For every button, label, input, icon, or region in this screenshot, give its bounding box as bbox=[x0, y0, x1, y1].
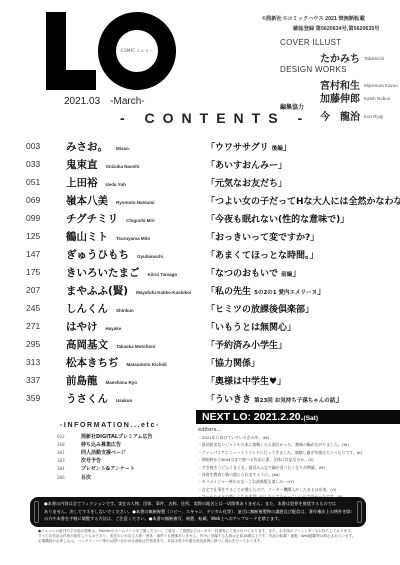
notice-side-tab-left bbox=[34, 501, 39, 523]
toc-entry[interactable]: 003みさお。Misao.「ウワササグリ 後編」 bbox=[26, 137, 396, 155]
toc-author: 松本きちぢ bbox=[66, 355, 119, 370]
editor-notes: editors... ・2021年に向けていろいろ企み中。(W) ・最初読まない… bbox=[198, 427, 398, 501]
information-section: -INFORMATION...etc- 002茜新社DIGITALプレミアム広告… bbox=[55, 422, 195, 481]
fine-print-line: 定期購読のお申し込み、バックナンバー等のお問い合わせは茜新社営業部まで。本誌は青… bbox=[38, 539, 368, 544]
notice-line: ありません。決してマネをしないでください。●本書の無断複製（コピー、スキャン、デ… bbox=[44, 508, 352, 516]
editor-notes-heading: editors... bbox=[198, 427, 398, 433]
info-item[interactable]: 368持ち込み募集広告 bbox=[55, 440, 195, 448]
toc-page-number: 003 bbox=[26, 141, 66, 151]
toc-entry[interactable]: 359うさくんUsakun「ういきき 第23回 お気持ち子孫ちゃんの話」 bbox=[26, 389, 396, 407]
next-issue-banner: NEXT LO: 2021.2.20.(Sat) bbox=[196, 410, 400, 424]
toc-page-number: 245 bbox=[26, 303, 66, 313]
toc-story-title: 「ヒミツの放課後倶楽部」 bbox=[206, 302, 314, 315]
toc-author-romaji: Ueda Yuh bbox=[106, 182, 126, 187]
notice-side-tab-right bbox=[357, 501, 362, 523]
toc-author: 鬼束直 bbox=[66, 157, 98, 172]
toc-page-number: 069 bbox=[26, 195, 66, 205]
toc-page-number: 099 bbox=[26, 213, 66, 223]
table-of-contents: 003みさお。Misao.「ウワササグリ 後編」 033鬼束直Onizuka N… bbox=[26, 137, 396, 407]
toc-author-romaji: Shinkun bbox=[116, 308, 134, 313]
toc-page-number: 175 bbox=[26, 267, 66, 277]
info-item[interactable]: 381同人活動支援ページ bbox=[55, 448, 195, 456]
toc-entry[interactable]: 337前島龍Maeshima Ryo「奥様は中学生♥」 bbox=[26, 371, 396, 389]
toc-author-romaji: Chiguchi Miri bbox=[126, 218, 155, 223]
toc-author: きいろいたまご bbox=[66, 265, 140, 280]
toc-story-title: 「ウワササグリ 後編」 bbox=[206, 140, 292, 153]
info-item[interactable]: 002茜新社DIGITALプレミアム広告 bbox=[55, 432, 195, 440]
info-item[interactable]: 383次号予告 bbox=[55, 457, 195, 465]
toc-story-title: 「いもうとは無関心」 bbox=[206, 320, 296, 333]
toc-entry[interactable]: 033鬼束直Onizuka Naoshi「あいすおんみー」 bbox=[26, 155, 396, 173]
toc-author-romaji: Hayake bbox=[106, 326, 122, 331]
toc-entry[interactable]: 313松本きちぢMatsumoto Kichidi「協力関係」 bbox=[26, 353, 396, 371]
toc-author-romaji: Maeshima Ryo bbox=[106, 380, 138, 385]
cover-artist-name: たかみち bbox=[320, 50, 360, 65]
design-works-label: DESIGN WORKS bbox=[280, 65, 347, 74]
copyright-line-2: 雑誌登録 第5620634号,第5620635号 bbox=[293, 24, 380, 32]
toc-author: しんくん bbox=[66, 301, 108, 316]
toc-author-romaji: Matsumoto Kichidi bbox=[127, 362, 167, 367]
toc-entry[interactable]: 271はやけHayake「いもうとは無関心」 bbox=[26, 317, 396, 335]
next-issue-day: (Sat) bbox=[304, 415, 318, 422]
toc-story-title: 「ういきき 第23回 お気持ち子孫ちゃんの話」 bbox=[206, 392, 344, 405]
toc-entry[interactable]: 295高岡基文Takaoka Motofumi「予約済み小学生」 bbox=[26, 335, 396, 353]
toc-page-number: 313 bbox=[26, 357, 66, 367]
toc-author: みさお。 bbox=[66, 139, 108, 154]
toc-page-number: 295 bbox=[26, 339, 66, 349]
toc-story-title: 「あまくてほっとな時間。」 bbox=[206, 248, 319, 261]
info-item[interactable]: 384プレゼント&アンケート bbox=[55, 465, 195, 473]
toc-page-number: 207 bbox=[26, 285, 66, 295]
toc-author: ぎゅうひもち bbox=[66, 247, 129, 262]
copyright-line-1: ©茜新社 ©コミックハウス 2021 禁無断転載 bbox=[262, 14, 365, 22]
issue-date: 2021.03-March- bbox=[64, 96, 145, 107]
contents-heading: - CONTENTS - bbox=[120, 110, 310, 126]
toc-author-romaji: Takaoka Motofumi bbox=[116, 344, 155, 349]
toc-author: 前島龍 bbox=[66, 373, 98, 388]
editorial-name: 今 龍治 bbox=[320, 108, 360, 123]
toc-entry[interactable]: 125鶴山ミトTsuruyama Mito「おっきいって変ですか?」 bbox=[26, 227, 396, 245]
toc-author-romaji: Kiiroi Tamago bbox=[148, 272, 178, 277]
toc-author: 鶴山ミト bbox=[66, 229, 108, 244]
toc-author-romaji: Usakun bbox=[116, 398, 132, 403]
toc-author: うさくん bbox=[66, 391, 108, 406]
designer-2-name: 加藤伸郎 bbox=[320, 90, 360, 105]
toc-page-number: 125 bbox=[26, 231, 66, 241]
toc-author: 上田裕 bbox=[66, 175, 98, 190]
toc-entry[interactable]: 069嶺本八美Ryomoto Hatsumi「つよい女の子だってHな大人には全然… bbox=[26, 191, 396, 209]
editor-note: ・2021年に向けていろいろ企み中。(W) bbox=[198, 434, 398, 441]
toc-entry[interactable]: 099チグチミリChiguchi Miri「今夜も眠れない(性的な意味で)」 bbox=[26, 209, 396, 227]
toc-author: 嶺本八美 bbox=[66, 193, 108, 208]
toc-story-title: 「元気なお友だち」 bbox=[206, 176, 287, 189]
toc-entry[interactable]: 051上田裕Ueda Yuh「元気なお友だち」 bbox=[26, 173, 396, 191]
info-item[interactable]: 386目次 bbox=[55, 473, 195, 481]
notice-line: ●本書の内容は全てフィクションです。実在の人物、団体、事件、名称、住所、実際の地… bbox=[44, 500, 352, 508]
next-issue-date: NEXT LO: 2021.2.20. bbox=[202, 411, 304, 423]
legal-notice-box: ●本書の内容は全てフィクションです。実在の人物、団体、事件、名称、住所、実際の地… bbox=[30, 497, 366, 527]
toc-story-title: 「奥様は中学生♥」 bbox=[206, 374, 286, 387]
toc-author: 高岡基文 bbox=[66, 337, 108, 352]
toc-entry[interactable]: 175きいろいたまごKiiroi Tamago「なつのおもいで 前編」 bbox=[26, 263, 396, 281]
toc-page-number: 033 bbox=[26, 159, 66, 169]
toc-page-number: 051 bbox=[26, 177, 66, 187]
designer-1-romaji: Miyamura Kazuo bbox=[364, 83, 398, 88]
toc-author: はやけ bbox=[66, 319, 98, 334]
magazine-logo: COMIC エルオー bbox=[44, 10, 174, 95]
toc-page-number: 147 bbox=[26, 249, 66, 259]
toc-author-romaji: Gyuhimochi bbox=[137, 254, 163, 259]
toc-author-romaji: Onizuka Naoshi bbox=[106, 164, 140, 169]
toc-author: まやふふ(賢) bbox=[66, 283, 128, 298]
toc-author-romaji: Ryomoto Hatsumi bbox=[116, 200, 155, 205]
editor-note: ・開始時からBGMはまで遊べる作品に妻、全体に作品なのか。(S) bbox=[198, 456, 398, 463]
toc-story-title: 「私の先生 5の2の1 愛内エメリーヌ」 bbox=[206, 284, 326, 297]
logo-letter-o: COMIC エルオー bbox=[98, 12, 176, 90]
toc-author-romaji: Tsuruyama Mito bbox=[116, 236, 150, 241]
toc-author-romaji: Mayafufu-Kakko-Kashikoi bbox=[136, 290, 191, 295]
cover-illust-label: COVER ILLUST bbox=[280, 38, 341, 47]
editor-note: ・すき焼きうどんうまうま。最近みんなで鍋が食べたくなりが増量。(M) bbox=[198, 464, 398, 471]
toc-story-title: 「あいすおんみー」 bbox=[206, 158, 287, 171]
toc-story-title: 「今夜も眠れない(性的な意味で)」 bbox=[206, 212, 349, 225]
editor-note: ・体育を教育に新の超えられますように。(Ko) bbox=[198, 471, 398, 478]
toc-story-title: 「おっきいって変ですか?」 bbox=[206, 230, 319, 243]
editor-note: ・在宅で仕事をすることが増えたので、ソーター機購入がしたまるほ出来。(O) bbox=[198, 486, 398, 493]
toc-entry[interactable]: 207まやふふ(賢)Mayafufu-Kakko-Kashikoi「私の先生 5… bbox=[26, 281, 396, 299]
toc-story-title: 「つよい女の子だってHな大人には全然かなわない」 bbox=[206, 194, 400, 207]
toc-page-number: 271 bbox=[26, 321, 66, 331]
toc-page-number: 359 bbox=[26, 393, 66, 403]
toc-author: チグチミリ bbox=[66, 211, 118, 226]
editorial-romaji: Kon Ryuji bbox=[364, 114, 383, 119]
editor-note: ・ヴァンパイアとニュートラランドに行ってきました。満喫し過ぎ年後は大ぐったりです… bbox=[198, 449, 398, 456]
designer-2-romaji: Katoh Nobuo bbox=[364, 96, 390, 101]
information-heading: -INFORMATION...etc- bbox=[60, 422, 195, 429]
toc-author-romaji: Misao. bbox=[116, 146, 130, 151]
issue-month: -March- bbox=[110, 96, 144, 107]
logo-letter-l bbox=[44, 10, 96, 92]
toc-entry[interactable]: 147ぎゅうひもちGyuhimochi「あまくてほっとな時間。」 bbox=[26, 245, 396, 263]
toc-story-title: 「予約済み小学生」 bbox=[206, 338, 287, 351]
issue-number: 2021.03 bbox=[64, 96, 100, 107]
notice-line: の方や本書を手軽に閲覧する方法は、ご注意ください。●本書の無断複写、複製、転載、… bbox=[44, 515, 352, 523]
editor-note: ・最初読まないジャンルの本に挑戦したら面白かった。趣味の幅が広がりました。(Ta… bbox=[198, 441, 398, 448]
toc-entry[interactable]: 245しんくんShinkun「ヒミツの放課後倶楽部」 bbox=[26, 299, 396, 317]
logo-inner-text: COMIC エルオー bbox=[121, 48, 154, 54]
fine-print: ●ワニコレの新刊やその他の情報は、Twitterやホームページをご覧ください。ご… bbox=[38, 529, 368, 543]
fine-print-line: すべての作品は作家が創作したものであり、実在のいかなる人物・団体・事件とも関係あ… bbox=[38, 534, 368, 539]
toc-story-title: 「協力関係」 bbox=[206, 356, 260, 369]
toc-page-number: 337 bbox=[26, 375, 66, 385]
editor-note: ・キラメイジャー終わるなーこれ最新版も楽しみー!(Y) bbox=[198, 478, 398, 485]
cover-artist-romaji: Takamichi bbox=[364, 56, 384, 61]
toc-story-title: 「なつのおもいで 前編」 bbox=[206, 266, 301, 279]
